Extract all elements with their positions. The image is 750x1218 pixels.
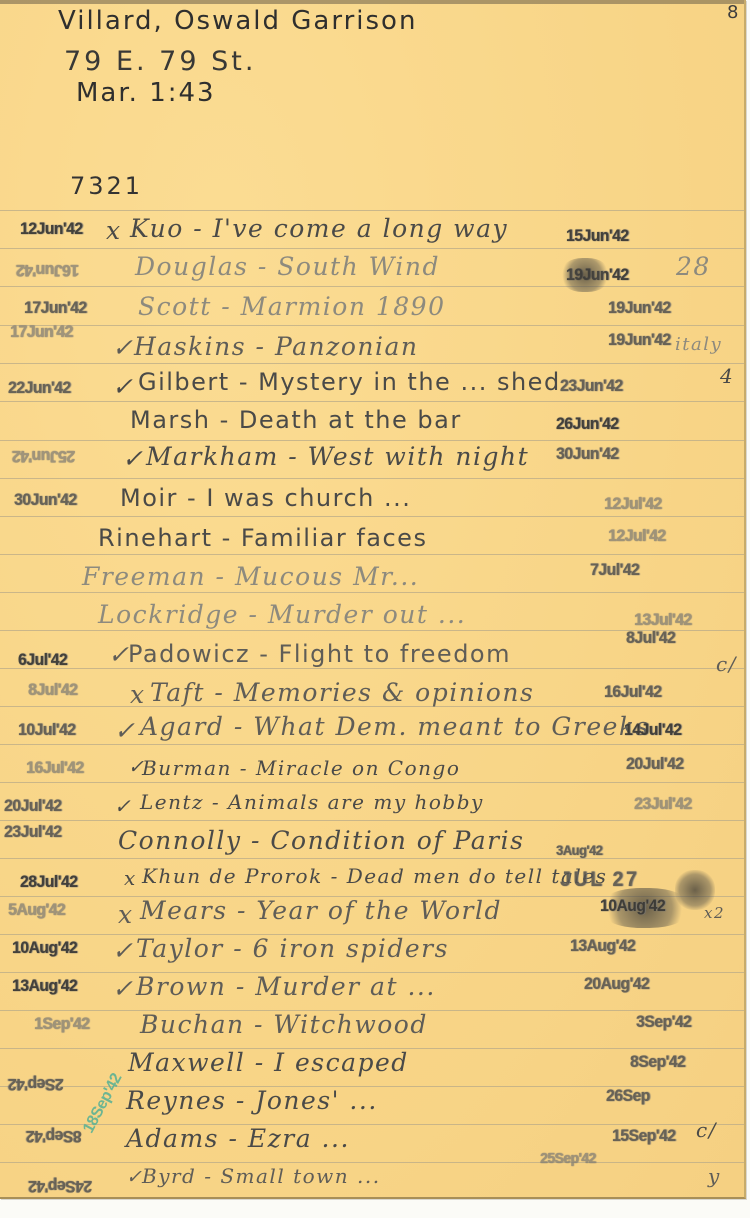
entry-title: Byrd - Small town ... <box>142 1164 381 1188</box>
out-date-stamp: 2Sep'42 <box>8 1074 63 1094</box>
out-date-stamp: 23Jul'42 <box>4 822 61 842</box>
entry-title: Taft - Memories & opinions <box>150 678 534 707</box>
entry-title: Reynes - Jones' ... <box>126 1086 378 1115</box>
return-date-stamp: 19Jun'42 <box>608 298 671 318</box>
entry-mark: ✓ <box>112 974 134 1003</box>
out-date-stamp: 22Jun'42 <box>8 378 71 398</box>
return-date-stamp: 20Jul'42 <box>626 754 683 774</box>
ruled-line <box>0 820 744 821</box>
patron-name: Villard, Oswald Garrison <box>58 6 417 36</box>
out-date-stamp: 28Jul'42 <box>20 872 77 892</box>
ruled-line <box>0 744 744 745</box>
page-number: 8 <box>727 2 739 23</box>
ruled-line <box>0 248 744 249</box>
entry-mark: x <box>106 216 122 245</box>
entry-title: Burman - Miracle on Congo <box>142 756 460 780</box>
entry-mark: ✓ <box>114 794 132 818</box>
entry-title: Adams - Ezra ... <box>126 1124 350 1153</box>
out-date-stamp: 16Jul'42 <box>26 758 83 778</box>
entry-mark: ✓ <box>112 333 134 362</box>
entry-title: Buchan - Witchwood <box>140 1010 428 1039</box>
registration-date: Mar. 1:43 <box>76 78 216 108</box>
return-date-stamp: 26Sep <box>606 1086 650 1106</box>
entry-title: Agard - What Dem. meant to Greeks <box>140 712 650 741</box>
out-date-stamp: 25Jun'42 <box>13 446 76 466</box>
entry-note: 4 <box>720 364 734 388</box>
entry-title: Gilbert - Mystery in the ... shed <box>138 368 561 396</box>
return-date-stamp: 13Jul'42 <box>634 610 691 630</box>
entry-title: Padowicz - Flight to freedom <box>128 640 511 668</box>
ruled-line <box>0 210 744 211</box>
out-date-stamp: 1Sep'42 <box>34 1014 89 1034</box>
return-date-stamp: 12Jul'42 <box>604 494 661 514</box>
card-top-edge <box>0 0 744 4</box>
card-number: 7321 <box>70 172 143 200</box>
ruled-line <box>0 782 744 783</box>
entry-mark: ✓ <box>114 716 136 745</box>
entry-title: Rinehart - Familiar faces <box>98 524 427 552</box>
ruled-line <box>0 858 744 859</box>
return-date-stamp: 14Jul'42 <box>624 720 681 740</box>
entry-title: Lockridge - Murder out ... <box>98 600 466 629</box>
return-date-stamp: 8Jul'42 <box>626 628 675 648</box>
entry-mark: ✓ <box>122 444 144 473</box>
entry-note: y <box>708 1164 721 1188</box>
ruled-line <box>0 554 744 555</box>
entry-title: Brown - Murder at ... <box>136 972 436 1001</box>
out-date-stamp: 30Jun'42 <box>14 490 77 510</box>
out-date-stamp: 12Jun'42 <box>20 219 83 239</box>
return-date-stamp: 15Jun'42 <box>566 226 629 246</box>
entry-title: Khun de Prorok - Dead men do tell tales <box>142 864 607 888</box>
return-date-stamp: 20Aug'42 <box>584 974 649 994</box>
return-date-stamp: 8Sep'42 <box>630 1052 685 1072</box>
ruled-line <box>0 592 744 593</box>
return-date-stamp: 15Sep'42 <box>612 1126 676 1146</box>
entry-mark: x <box>124 866 137 890</box>
entry-note: italy <box>675 334 722 355</box>
entry-title: Markham - West with night <box>146 442 529 471</box>
return-date-stamp: 12Jul'42 <box>608 526 665 546</box>
out-date-stamp: 5Aug'42 <box>8 900 65 920</box>
entry-mark: ✓ <box>112 372 134 401</box>
return-date-stamp: 30Jun'42 <box>556 444 619 464</box>
entry-title: Maxwell - I escaped <box>128 1048 409 1077</box>
entry-mark: x <box>118 900 134 929</box>
ruled-line <box>0 478 744 479</box>
entry-title: Taylor - 6 iron spiders <box>136 934 449 963</box>
out-date-stamp: 13Aug'42 <box>12 976 77 996</box>
entry-title: Haskins - Panzonian <box>134 332 418 361</box>
ruled-line <box>0 1162 744 1163</box>
entry-title: Douglas - South Wind <box>135 252 440 281</box>
out-date-stamp: 8Jul'42 <box>28 680 77 700</box>
return-date-stamp: 23Jun'42 <box>560 376 623 396</box>
ink-smudge <box>560 258 610 292</box>
out-date-stamp: 17Jun'42 <box>10 322 73 342</box>
entry-note: c/ <box>696 1118 717 1142</box>
ruled-line <box>0 440 744 441</box>
entry-title: Freeman - Mucous Mr... <box>82 562 419 591</box>
entry-title: Mears - Year of the World <box>140 896 502 925</box>
return-date-stamp: 3Sep'42 <box>636 1012 691 1032</box>
ruled-line <box>0 401 744 402</box>
entry-title: Marsh - Death at the bar <box>130 406 462 434</box>
patron-address: 79 E. 79 St. <box>64 46 256 77</box>
out-date-stamp: 10Aug'42 <box>12 938 77 958</box>
ruled-line <box>0 363 744 364</box>
entry-mark: ✓ <box>112 936 134 965</box>
out-date-stamp: 10Jul'42 <box>18 720 75 740</box>
entry-title: Moir - I was church ... <box>120 484 411 512</box>
out-date-stamp: 20Jul'42 <box>4 796 61 816</box>
ruled-line <box>0 516 744 517</box>
return-date-stamp: 25Sep'42 <box>540 1150 596 1167</box>
return-date-stamp: 13Aug'42 <box>570 936 635 956</box>
entry-title: Connolly - Condition of Paris <box>118 826 524 855</box>
entry-title: Kuo - I've come a long way <box>130 214 508 243</box>
entry-title: Lentz - Animals are my hobby <box>140 790 484 814</box>
entry-note: 28 <box>676 252 711 281</box>
out-date-stamp: 24Sep'42 <box>29 1176 93 1196</box>
ruled-line <box>0 1124 744 1125</box>
index-card: 8 Villard, Oswald Garrison 79 E. 79 St. … <box>0 0 746 1199</box>
ruled-line <box>0 325 744 326</box>
return-date-stamp: 26Jun'42 <box>556 414 619 434</box>
return-date-stamp: 3Aug'42 <box>556 842 602 858</box>
out-date-stamp-green: 18Sep'42 <box>80 1071 126 1137</box>
entry-mark: ✓ <box>126 1166 143 1188</box>
entry-note: x2 <box>704 904 725 922</box>
out-date-stamp: 17Jun'42 <box>24 298 87 318</box>
entry-note: c/ <box>716 652 737 676</box>
return-date-stamp: 10Aug'42 <box>600 896 665 916</box>
entry-title: Scott - Marmion 1890 <box>138 292 446 321</box>
ruled-line <box>0 286 744 287</box>
return-date-stamp: 16Jul'42 <box>604 682 661 702</box>
entry-mark: x <box>130 680 146 709</box>
out-date-stamp: 16Jun'42 <box>17 260 80 280</box>
return-date-stamp: 23Jul'42 <box>634 794 691 814</box>
out-date-stamp: 8Sep'42 <box>26 1126 81 1146</box>
out-date-stamp: 6Jul'42 <box>18 650 67 670</box>
return-date-stamp: 7Jul'42 <box>590 560 639 580</box>
return-date-stamp: 19Jun'42 <box>608 330 671 350</box>
